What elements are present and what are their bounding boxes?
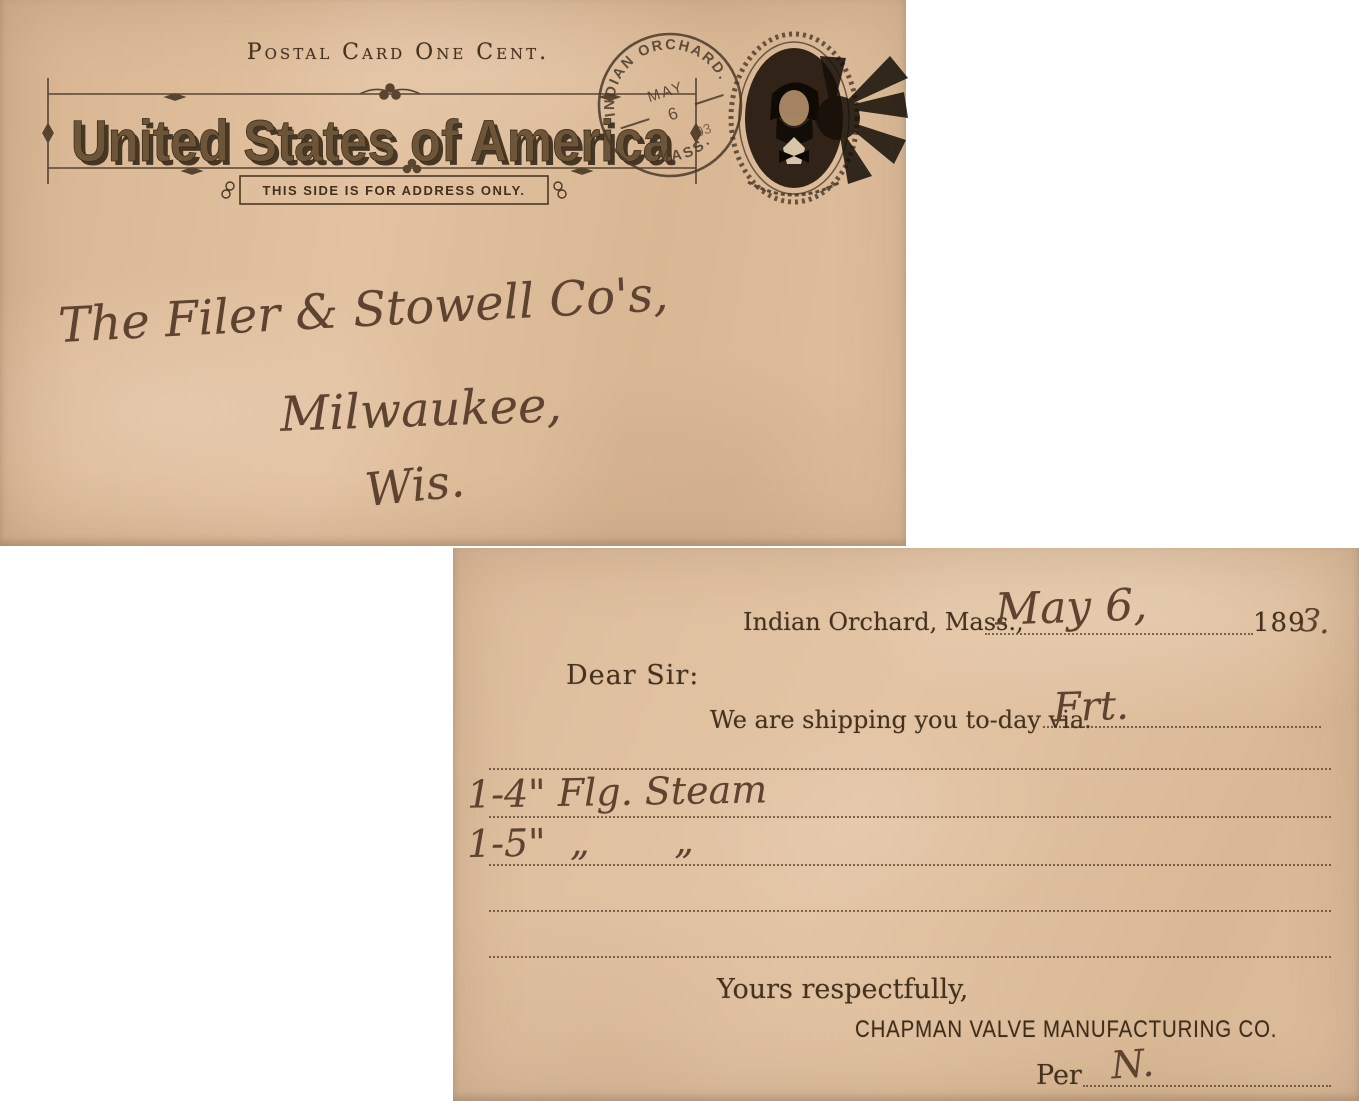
banner-title-blackletter: United States of America United States o… (71, 109, 676, 178)
clover-ornament-icon (360, 84, 420, 99)
salutation: Dear Sir: (566, 660, 699, 691)
ruled-line (489, 910, 1331, 912)
diamond-ornament-icon (43, 124, 53, 142)
ruled-line (489, 956, 1331, 958)
grant-portrait-stamp-icon (722, 22, 900, 220)
postcard-scan: Postal Card One Cent. (0, 0, 1359, 1101)
per-label: Per (1036, 1060, 1082, 1091)
item-line-2: 1-5" „ „ (467, 818, 694, 866)
address-only-note: THIS SIDE IS FOR ADDRESS ONLY. (263, 183, 526, 198)
postmark-day: 6 (665, 104, 680, 125)
dateline-year-handwritten: 3. (1298, 601, 1332, 642)
address-line-recipient: The Filer & Stowell Co's, (57, 266, 670, 354)
postage-header: Postal Card One Cent. (245, 40, 551, 65)
shipping-sentence: We are shipping you to-day via. (710, 706, 1092, 734)
dateline-date-handwritten: May 6, (994, 579, 1148, 635)
address-line-city: Milwaukee, (279, 377, 562, 443)
address-side-card: Postal Card One Cent. (0, 0, 906, 546)
dateline-place: Indian Orchard, Mass., (743, 608, 1024, 636)
closing: Yours respectfully, (717, 974, 968, 1005)
postmark-month: MAY (645, 78, 686, 106)
signature-initial-handwritten: N. (1110, 1041, 1156, 1088)
address-only-box: THIS SIDE IS FOR ADDRESS ONLY. (222, 176, 566, 204)
ruled-line (489, 816, 1331, 818)
message-side-card: Indian Orchard, Mass., May 6, 189 3. Dea… (453, 548, 1359, 1101)
ruled-line (489, 864, 1331, 866)
diamond-ornament-icon (166, 94, 184, 100)
item-line-1: 1-4" Flg. Steam (467, 767, 768, 816)
address-line-state: Wis. (362, 453, 467, 517)
banner-title: United States of America (71, 109, 672, 174)
company-name: CHAPMAN VALVE MANUFACTURING CO. (855, 1016, 1277, 1044)
postmark-year: 93 (693, 120, 713, 140)
shipping-method-handwritten: Frt. (1052, 683, 1129, 732)
